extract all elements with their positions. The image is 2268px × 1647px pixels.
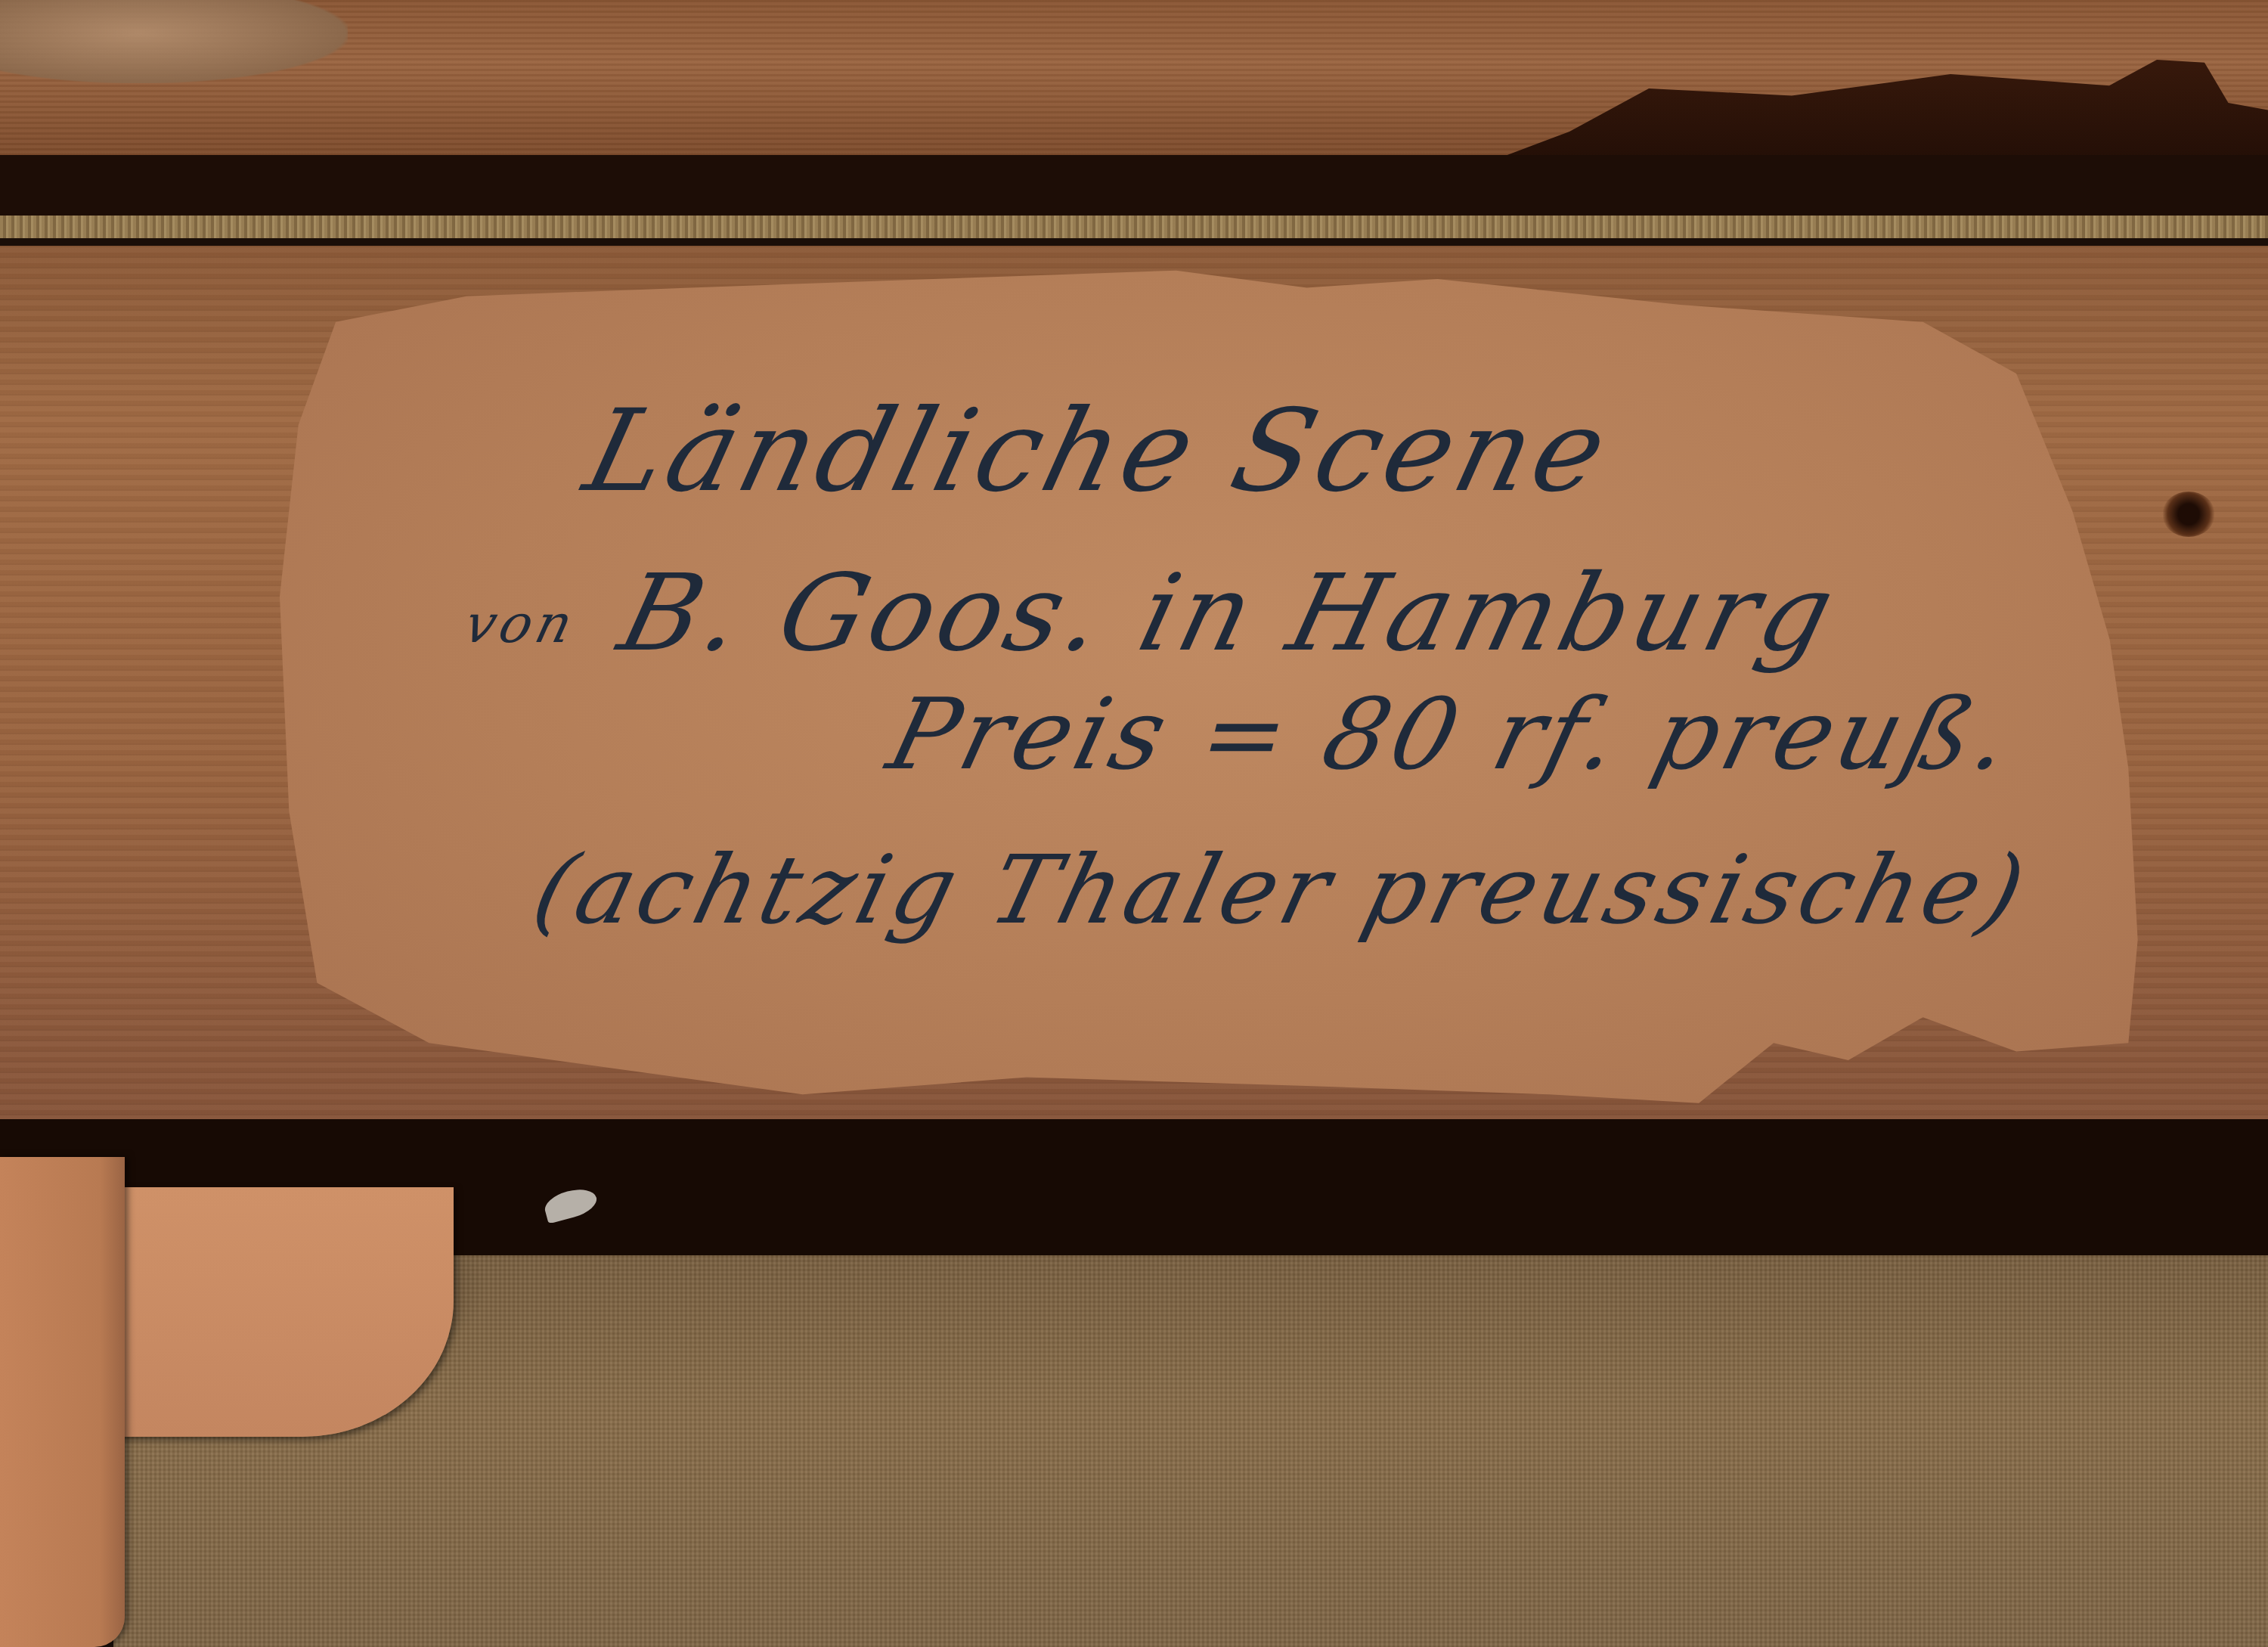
label-artist-line: vonB. Goos. in Hamburg bbox=[454, 552, 1850, 675]
label-handwriting: Ländliche Scene vonB. Goos. in Hamburg P… bbox=[280, 253, 2147, 1112]
stretcher-key-horizontal bbox=[68, 1187, 454, 1437]
label-title: Ländliche Scene bbox=[573, 386, 1623, 517]
twine-strand bbox=[0, 216, 2268, 238]
cloth-patch bbox=[0, 0, 348, 83]
label-price: Preis = 80 rf. preuß. bbox=[878, 677, 2027, 792]
paper-label: Ländliche Scene vonB. Goos. in Hamburg P… bbox=[280, 253, 2147, 1112]
label-artist: B. Goos. in Hamburg bbox=[608, 552, 1849, 675]
label-price-words: (achtzig Thaler preussische) bbox=[523, 836, 2040, 945]
label-artist-prefix: von bbox=[458, 593, 583, 655]
stretcher-key-vertical bbox=[0, 1157, 125, 1647]
wood-knot bbox=[2162, 492, 2215, 537]
